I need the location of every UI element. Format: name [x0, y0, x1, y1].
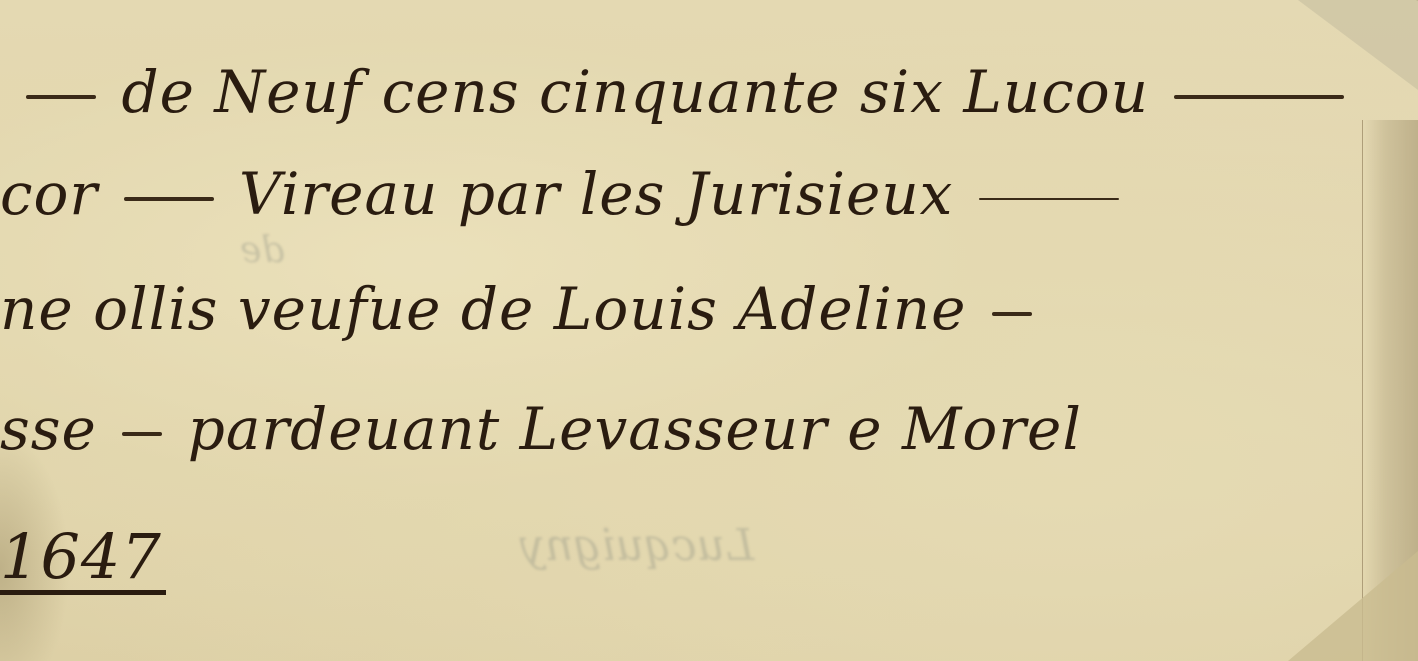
year-underlined: 1647	[0, 526, 166, 595]
ink-dash	[992, 312, 1032, 316]
manuscript-line-5: 1647	[0, 520, 166, 595]
manuscript-line-1: de Neuf cens cinquante six Lucou	[20, 58, 1350, 126]
bleed-through-text: Lucquigny	[520, 520, 754, 571]
ink-dash	[1174, 95, 1344, 99]
ink-dash	[979, 198, 1119, 200]
line-text: Vireau par les Jurisieux	[239, 160, 953, 228]
manuscript-line-4: sse pardeuant Levasseur e Morel	[0, 395, 1082, 463]
manuscript-page: Lucquigny de de Neuf cens cinquante six …	[0, 0, 1418, 661]
ink-dash	[122, 432, 162, 436]
line-leading-text: sse	[0, 395, 97, 463]
bleed-through-text: de	[240, 230, 284, 271]
manuscript-line-2: cor Vireau par les Jurisieux	[0, 160, 1125, 228]
line-text: ne ollis veufue de Louis Adeline	[0, 275, 966, 343]
ink-dash	[124, 197, 214, 201]
line-text: pardeuant Levasseur e Morel	[188, 395, 1082, 463]
line-text: de Neuf cens cinquante six Lucou	[121, 58, 1149, 126]
line-leading-text: cor	[0, 160, 98, 228]
ink-dash	[26, 95, 96, 99]
manuscript-line-3: ne ollis veufue de Louis Adeline	[0, 275, 1038, 343]
folded-corner-bottom	[1288, 551, 1418, 661]
